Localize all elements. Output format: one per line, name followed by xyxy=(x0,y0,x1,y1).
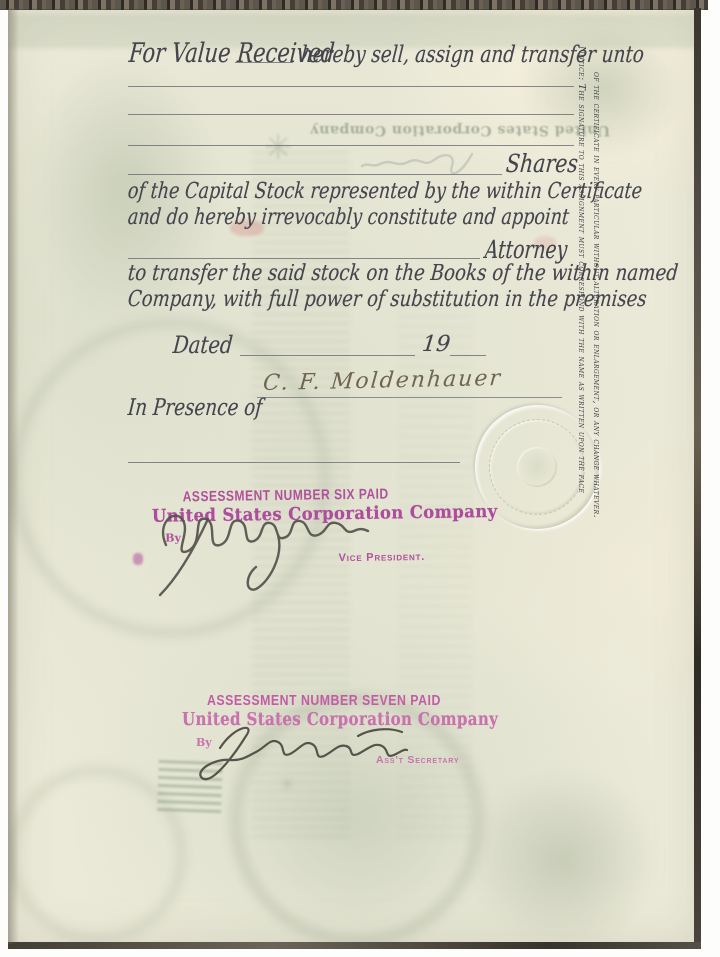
premises-line: Company, with full power of substitution… xyxy=(127,289,648,311)
capital-stock-line: of the Capital Stock represented by the … xyxy=(127,181,643,203)
edge-notice-line-1: Notice: The signature to this assignment… xyxy=(575,46,587,493)
edge-notice-line-2: of the certificate in every particular w… xyxy=(590,72,602,518)
dated-blank-line xyxy=(240,355,415,356)
transferee-line-3 xyxy=(128,145,574,146)
in-presence-label: In Presence of xyxy=(127,397,263,420)
embossed-seal-center xyxy=(517,447,557,487)
shares-label: Shares xyxy=(505,151,579,176)
assignor-blank-line xyxy=(235,62,293,63)
holder-signature: C. F. Moldenhauer xyxy=(262,366,503,396)
assistant-secretary-signature xyxy=(190,720,410,790)
transferee-line-1 xyxy=(128,86,574,87)
attorney-label: Attorney xyxy=(484,237,568,262)
assessment-seven-headline: ASSESSMENT NUMBER SEVEN PAID xyxy=(207,694,441,709)
assessment-six-headline: ASSESSMENT NUMBER SIX PAID xyxy=(183,487,389,504)
attorney-blank-line xyxy=(128,258,480,259)
year-blank-line xyxy=(450,355,486,356)
opening-continuation: hereby sell, assign and transfer unto xyxy=(300,44,645,67)
appoint-line: and do hereby irrevocably constitute and… xyxy=(127,207,570,229)
holder-signature-line xyxy=(257,397,562,398)
shares-blank-line xyxy=(128,174,502,175)
transferee-line-2 xyxy=(128,114,574,115)
year-prefix: 19 xyxy=(421,334,451,356)
witness-line xyxy=(128,462,460,463)
stray-stamp-mark xyxy=(133,553,143,565)
assignment-form: For Value Received hereby sell, assign a… xyxy=(0,0,720,957)
dated-label: Dated xyxy=(172,333,234,357)
vice-president-signature xyxy=(148,505,373,600)
